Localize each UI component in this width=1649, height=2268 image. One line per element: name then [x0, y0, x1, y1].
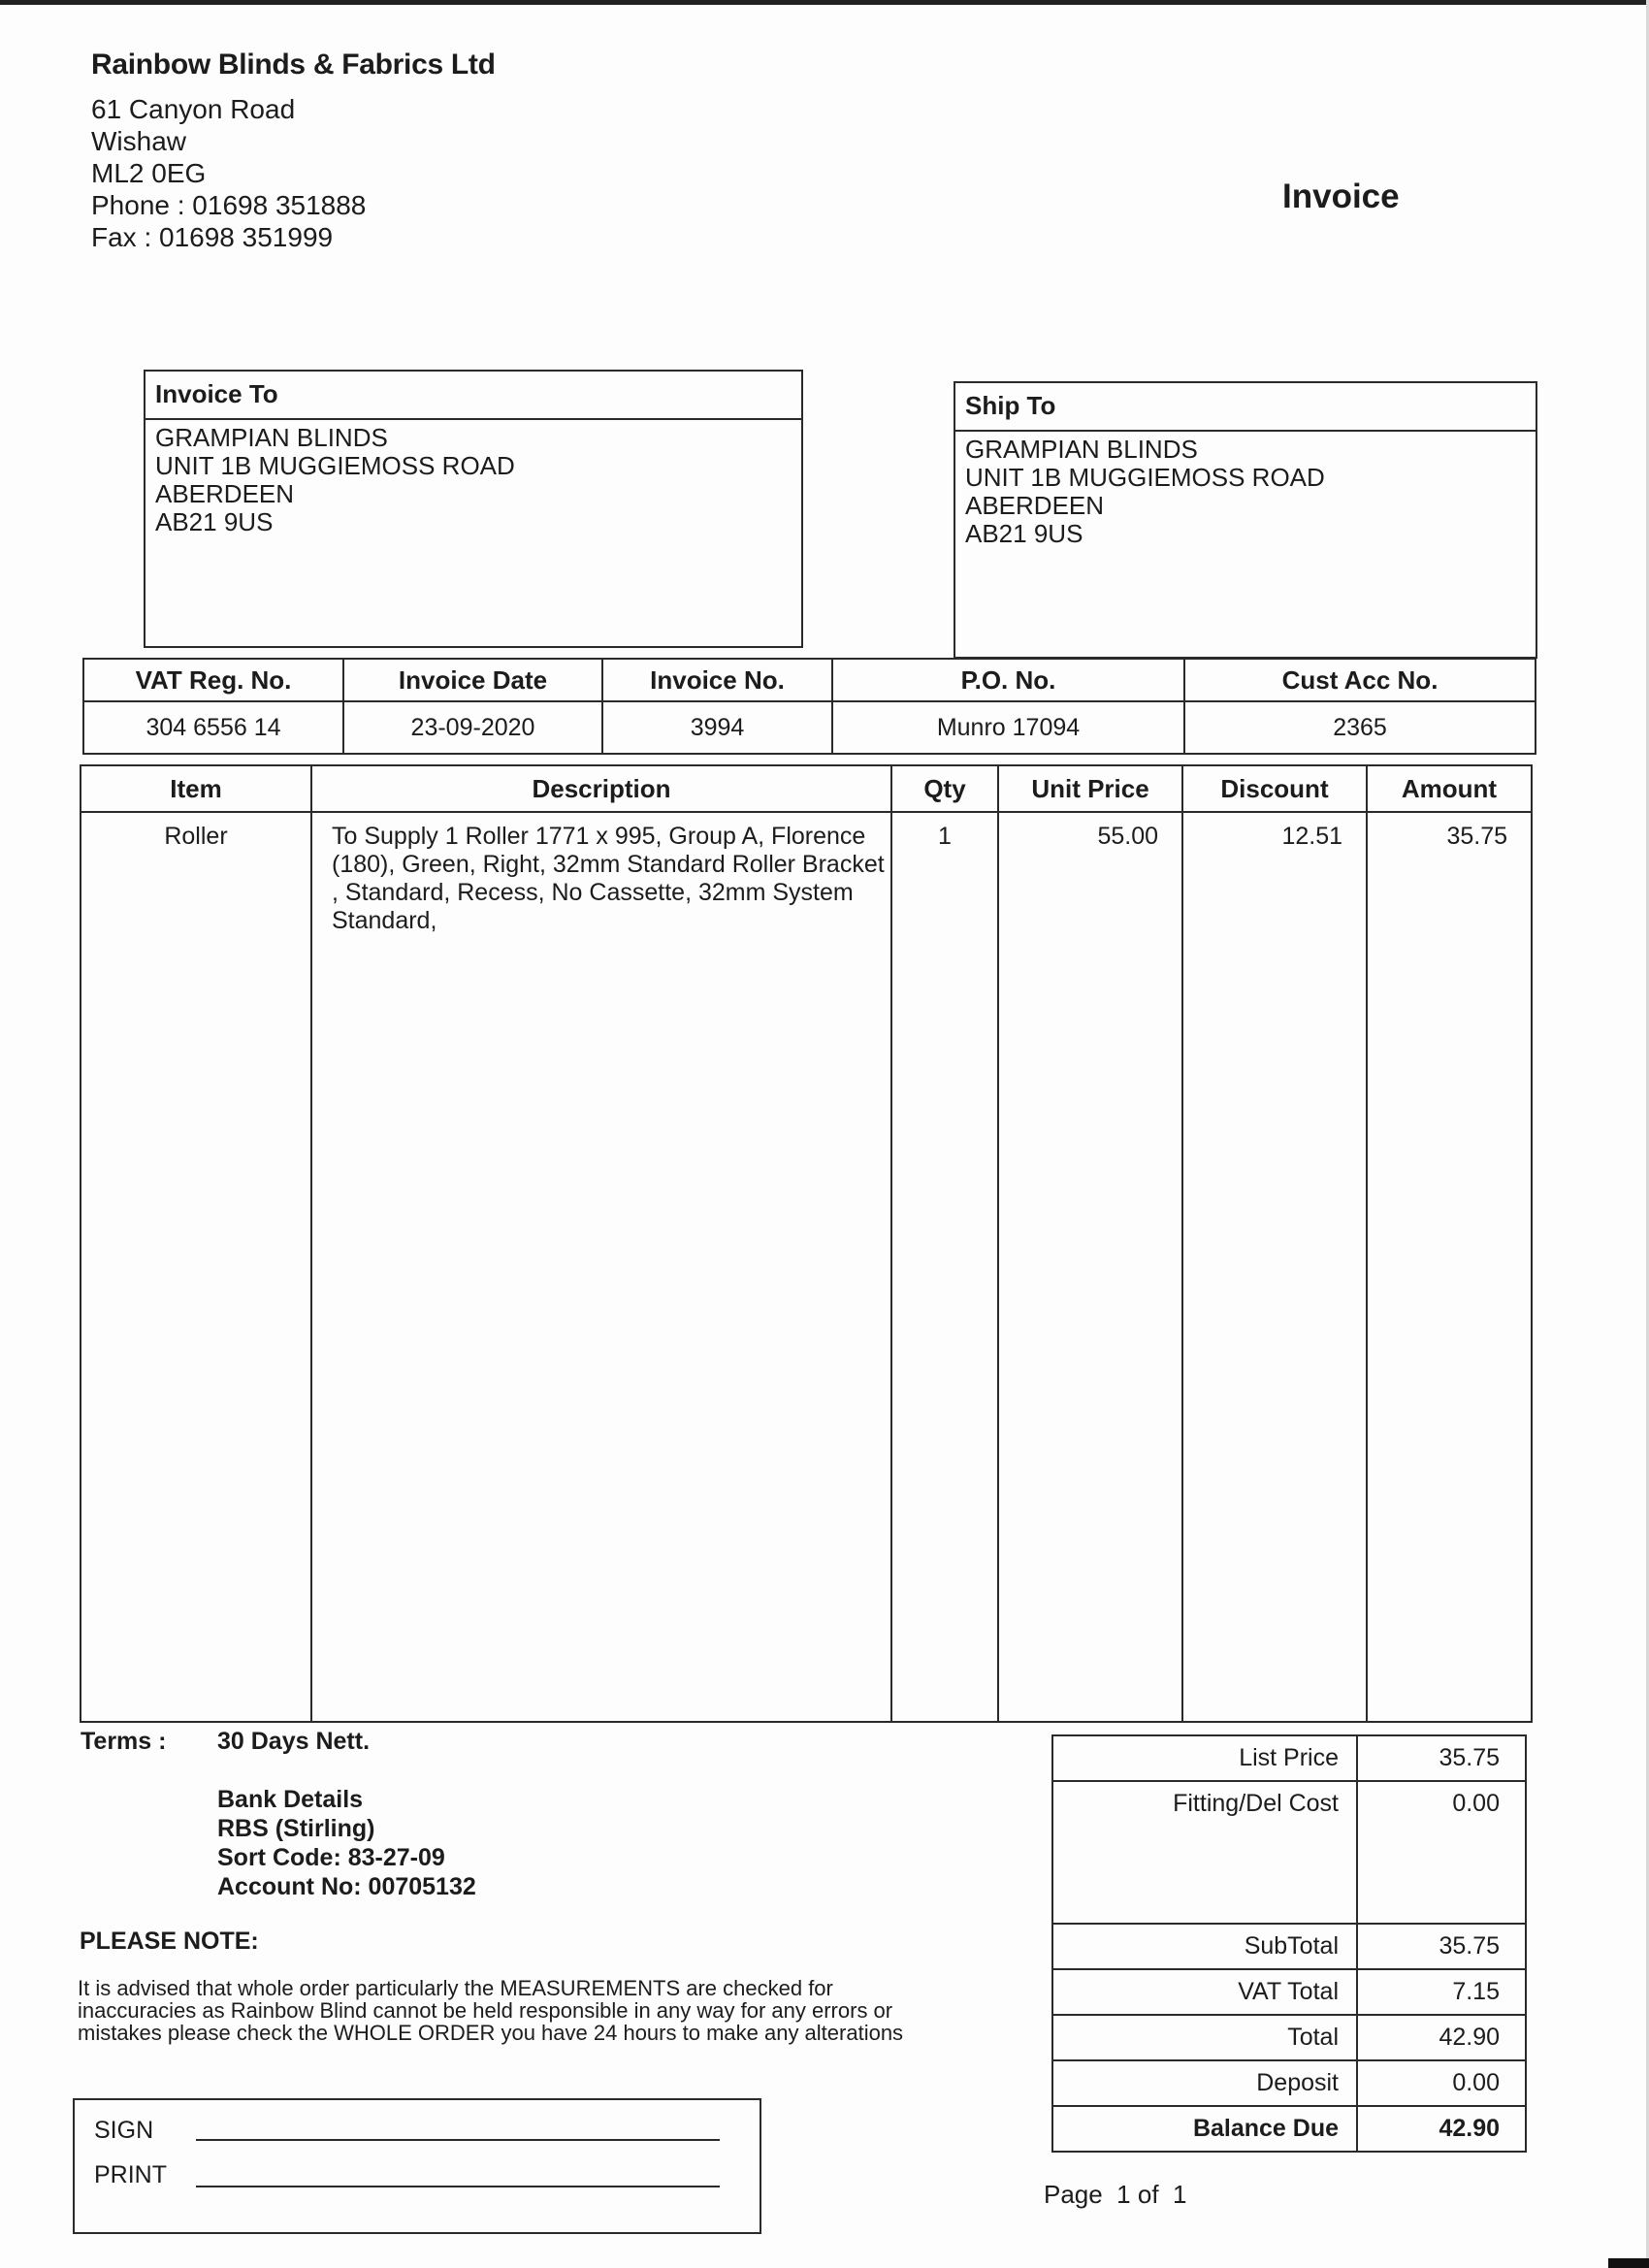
- company-address-line: 61 Canyon Road: [91, 93, 295, 125]
- fitting-cost-label: Fitting/Del Cost: [1052, 1781, 1357, 1924]
- po-no-header: P.O. No.: [832, 659, 1184, 701]
- subtotal-value: 35.75: [1357, 1924, 1526, 1969]
- sign-label: SIGN: [94, 2117, 153, 2145]
- totals-row-balance-due: Balance Due 42.90: [1052, 2106, 1526, 2152]
- vat-reg-header: VAT Reg. No.: [83, 659, 343, 701]
- ship-to-box: Ship To GRAMPIAN BLINDS UNIT 1B MUGGIEMO…: [954, 381, 1537, 659]
- company-fax: Fax : 01698 351999: [91, 221, 333, 253]
- cust-acc-value: 2365: [1184, 701, 1536, 754]
- company-address-line: Wishaw: [91, 125, 186, 157]
- scan-edge-top: [0, 0, 1649, 5]
- totals-row-deposit: Deposit 0.00: [1052, 2060, 1526, 2106]
- bank-details: Bank Details RBS (Stirling) Sort Code: 8…: [217, 1785, 476, 1901]
- signature-box: SIGN PRINT: [73, 2098, 761, 2234]
- balance-due-value: 42.90: [1357, 2106, 1526, 2152]
- description-header: Description: [311, 765, 891, 812]
- note-body: It is advised that whole order particula…: [78, 1977, 1009, 2044]
- ship-to-heading: Ship To: [955, 383, 1536, 432]
- company-name: Rainbow Blinds & Fabrics Ltd: [91, 49, 496, 81]
- totals-row-list-price: List Price 35.75: [1052, 1735, 1526, 1781]
- invoice-to-address: GRAMPIAN BLINDS UNIT 1B MUGGIEMOSS ROAD …: [145, 420, 801, 536]
- qty-header: Qty: [891, 765, 998, 812]
- table-row: Roller To Supply 1 Roller 1771 x 995, Gr…: [81, 812, 1532, 1722]
- company-phone: Phone : 01698 351888: [91, 189, 366, 221]
- invoice-no-header: Invoice No.: [602, 659, 832, 701]
- bank-name: RBS (Stirling): [217, 1814, 476, 1843]
- print-line[interactable]: [196, 2186, 720, 2187]
- page-indicator: Page 1 of 1: [1044, 2180, 1186, 2210]
- address-line: UNIT 1B MUGGIEMOSS ROAD: [155, 452, 801, 480]
- document-title: Invoice: [1282, 178, 1400, 216]
- totals-row-fitting: Fitting/Del Cost 0.00: [1052, 1781, 1526, 1924]
- deposit-value: 0.00: [1357, 2060, 1526, 2106]
- print-label: PRINT: [94, 2161, 167, 2189]
- totals-table: List Price 35.75 Fitting/Del Cost 0.00 S…: [1051, 1734, 1527, 2153]
- unit-price-cell: 55.00: [998, 812, 1182, 1722]
- address-line: GRAMPIAN BLINDS: [155, 424, 801, 452]
- totals-row-subtotal: SubTotal 35.75: [1052, 1924, 1526, 1969]
- ship-to-address: GRAMPIAN BLINDS UNIT 1B MUGGIEMOSS ROAD …: [955, 432, 1536, 548]
- account-number: Account No: 00705132: [217, 1872, 476, 1901]
- sign-line[interactable]: [196, 2139, 720, 2141]
- address-line: ABERDEEN: [965, 492, 1536, 520]
- balance-due-label: Balance Due: [1052, 2106, 1357, 2152]
- total-label: Total: [1052, 2015, 1357, 2060]
- terms-value: 30 Days Nett.: [217, 1728, 370, 1756]
- invoice-date-header: Invoice Date: [343, 659, 602, 701]
- discount-cell: 12.51: [1182, 812, 1367, 1722]
- address-line: ABERDEEN: [155, 480, 801, 508]
- vat-total-label: VAT Total: [1052, 1969, 1357, 2015]
- sort-code: Sort Code: 83-27-09: [217, 1843, 476, 1872]
- address-line: UNIT 1B MUGGIEMOSS ROAD: [965, 464, 1536, 492]
- po-no-value: Munro 17094: [832, 701, 1184, 754]
- item-header: Item: [81, 765, 311, 812]
- item-cell: Roller: [81, 812, 311, 1722]
- qty-cell: 1: [891, 812, 998, 1722]
- invoice-no-value: 3994: [602, 701, 832, 754]
- terms-label: Terms :: [81, 1728, 166, 1756]
- cust-acc-header: Cust Acc No.: [1184, 659, 1536, 701]
- totals-row-total: Total 42.90: [1052, 2015, 1526, 2060]
- bank-details-heading: Bank Details: [217, 1785, 476, 1814]
- note-line: It is advised that whole order particula…: [78, 1977, 1009, 1999]
- address-line: AB21 9US: [155, 508, 801, 536]
- description-cell: To Supply 1 Roller 1771 x 995, Group A, …: [311, 812, 891, 1722]
- line-items-table: Item Description Qty Unit Price Discount…: [80, 764, 1533, 1723]
- totals-row-vat: VAT Total 7.15: [1052, 1969, 1526, 2015]
- address-line: AB21 9US: [965, 520, 1536, 548]
- note-line: inaccuracies as Rainbow Blind cannot be …: [78, 1999, 1009, 2022]
- unit-price-header: Unit Price: [998, 765, 1182, 812]
- invoice-to-box: Invoice To GRAMPIAN BLINDS UNIT 1B MUGGI…: [144, 370, 803, 648]
- amount-header: Amount: [1367, 765, 1532, 812]
- deposit-label: Deposit: [1052, 2060, 1357, 2106]
- note-heading: PLEASE NOTE:: [80, 1928, 259, 1956]
- list-price-label: List Price: [1052, 1735, 1357, 1781]
- vat-reg-value: 304 6556 14: [83, 701, 343, 754]
- subtotal-label: SubTotal: [1052, 1924, 1357, 1969]
- fitting-cost-value: 0.00: [1357, 1781, 1526, 1924]
- address-line: GRAMPIAN BLINDS: [965, 436, 1536, 464]
- company-address-line: ML2 0EG: [91, 157, 206, 189]
- amount-cell: 35.75: [1367, 812, 1532, 1722]
- list-price-value: 35.75: [1357, 1735, 1526, 1781]
- invoice-date-value: 23-09-2020: [343, 701, 602, 754]
- invoice-info-table: VAT Reg. No. Invoice Date Invoice No. P.…: [82, 658, 1536, 755]
- note-line: mistakes please check the WHOLE ORDER yo…: [78, 2022, 1009, 2044]
- invoice-to-heading: Invoice To: [145, 372, 801, 420]
- total-value: 42.90: [1357, 2015, 1526, 2060]
- vat-total-value: 7.15: [1357, 1969, 1526, 2015]
- discount-header: Discount: [1182, 765, 1367, 812]
- scan-corner-mark: [1608, 2258, 1649, 2268]
